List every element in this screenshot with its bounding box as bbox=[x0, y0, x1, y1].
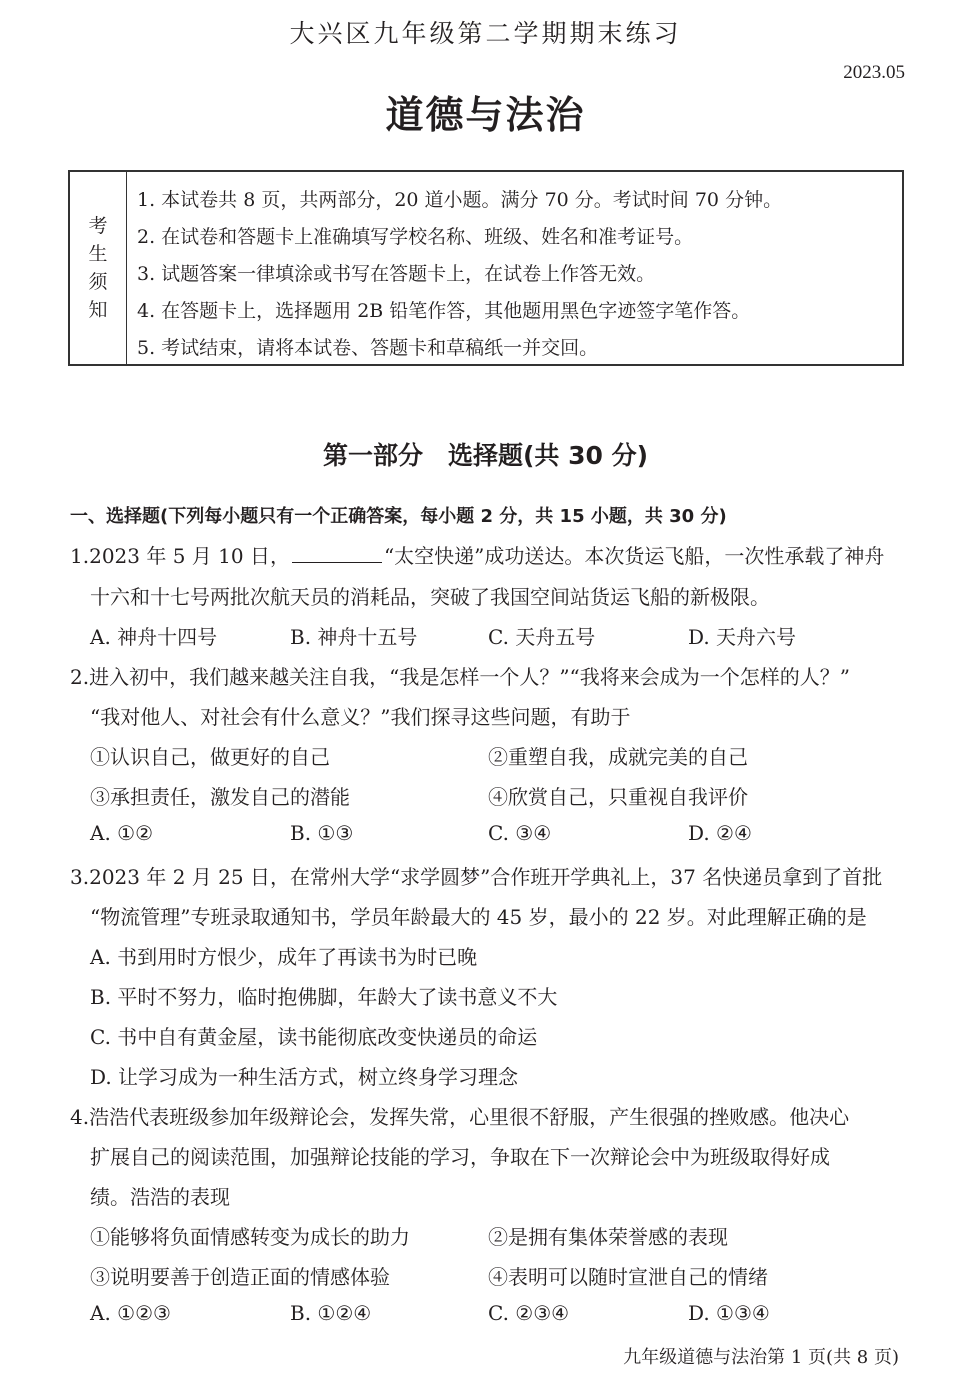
question-2-statement-2: ②重塑自我，成就完美的自己 bbox=[488, 741, 748, 770]
question-4-statement-1: ①能够将负面情感转变为成长的助力 bbox=[90, 1221, 410, 1250]
question-2-statement-3: ③承担责任，激发自己的潜能 bbox=[90, 781, 350, 810]
candidate-notice-box: 考 生 须 知 1. 本试卷共 8 页，共两部分，20 道小题。满分 70 分。… bbox=[68, 170, 904, 366]
notice-item: 4. 在答题卡上，选择题用 2B 铅笔作答，其他题用黑色字迹签字笔作答。 bbox=[137, 293, 902, 330]
subject-title: 道德与法治 bbox=[0, 84, 971, 139]
question-4-line-1: 4.浩浩代表班级参加年级辩论会，发挥失常，心里很不舒服，产生很强的挫败感。他决心 bbox=[70, 1101, 849, 1130]
question-2-line-1: 2.进入初中，我们越来越关注自我，“我是怎样一个人？”“我将来会成为一个怎样的人… bbox=[70, 661, 850, 690]
question-2-statement-4: ④欣赏自己，只重视自我评价 bbox=[488, 781, 748, 810]
notice-label-char: 生 bbox=[88, 240, 107, 268]
notice-label-char: 知 bbox=[88, 296, 107, 324]
question-4-option-c: C. ②③④ bbox=[488, 1301, 569, 1325]
notice-items: 1. 本试卷共 8 页，共两部分，20 道小题。满分 70 分。考试时间 70 … bbox=[127, 172, 902, 364]
question-1-option-b: B. 神舟十五号 bbox=[290, 621, 417, 650]
question-2-option-d: D. ②④ bbox=[688, 821, 752, 845]
question-number: 4. bbox=[70, 1105, 89, 1129]
question-4-statement-2: ②是拥有集体荣誉感的表现 bbox=[488, 1221, 728, 1250]
notice-label-char: 考 bbox=[88, 212, 107, 240]
notice-item: 2. 在试卷和答题卡上准确填写学校名称、班级、姓名和准考证号。 bbox=[137, 219, 902, 256]
question-2-option-b: B. ①③ bbox=[290, 821, 353, 845]
question-4-option-a: A. ①②③ bbox=[90, 1301, 171, 1325]
exam-title: 大兴区九年级第二学期期末练习 bbox=[0, 14, 971, 50]
part-title: 第一部分 选择题(共 30 分) bbox=[0, 436, 971, 472]
question-2-statement-1: ①认识自己，做更好的自己 bbox=[90, 741, 330, 770]
question-2-option-c: C. ③④ bbox=[488, 821, 551, 845]
notice-label-char: 须 bbox=[88, 268, 107, 296]
exam-date: 2023.05 bbox=[843, 62, 905, 84]
notice-item: 5. 考试结束，请将本试卷、答题卡和草稿纸一并交回。 bbox=[137, 330, 902, 367]
question-number: 3. bbox=[70, 865, 89, 889]
question-3-option-d: D. 让学习成为一种生活方式，树立终身学习理念 bbox=[90, 1061, 518, 1090]
question-3-line-1: 3.2023 年 2 月 25 日，在常州大学“求学圆梦”合作班开学典礼上，37… bbox=[70, 861, 882, 890]
question-1-line-2: 十六和十七号两批次航天员的消耗品，突破了我国空间站货运飞船的新极限。 bbox=[90, 581, 770, 610]
question-1-option-d: D. 天舟六号 bbox=[688, 621, 796, 650]
page-footer: 九年级道德与法治第 1 页(共 8 页) bbox=[623, 1343, 899, 1369]
question-number: 2. bbox=[70, 665, 89, 689]
question-2-option-a: A. ①② bbox=[90, 821, 153, 845]
question-4-statement-3: ③说明要善于创造正面的情感体验 bbox=[90, 1261, 390, 1290]
question-1-option-c: C. 天舟五号 bbox=[488, 621, 595, 650]
question-3-option-a: A. 书到用时方恨少，成年了再读书为时已晚 bbox=[90, 941, 477, 970]
question-4-line-2: 扩展自己的阅读范围，加强辩论技能的学习，争取在下一次辩论会中为班级取得好成 bbox=[90, 1141, 830, 1170]
question-1-option-a: A. 神舟十四号 bbox=[90, 621, 217, 650]
question-4-option-b: B. ①②④ bbox=[290, 1301, 371, 1325]
answer-blank bbox=[292, 544, 382, 563]
question-4-statement-4: ④表明可以随时宣泄自己的情绪 bbox=[488, 1261, 768, 1290]
notice-item: 1. 本试卷共 8 页，共两部分，20 道小题。满分 70 分。考试时间 70 … bbox=[137, 182, 902, 219]
question-3-line-2: “物流管理”专班录取通知书，学员年龄最大的 45 岁，最小的 22 岁。对此理解… bbox=[90, 901, 867, 930]
section-title: 一、选择题(下列每小题只有一个正确答案，每小题 2 分，共 15 小题，共 30… bbox=[70, 502, 727, 528]
question-4-line-3: 绩。浩浩的表现 bbox=[90, 1181, 230, 1210]
question-number: 1. bbox=[70, 544, 89, 568]
question-3-option-b: B. 平时不努力，临时抱佛脚，年龄大了读书意义不大 bbox=[90, 981, 557, 1010]
question-4-option-d: D. ①③④ bbox=[688, 1301, 770, 1325]
question-1-line-1: 1.2023 年 5 月 10 日，“太空快递”成功送达。本次货运飞船，一次性承… bbox=[70, 540, 884, 569]
question-3-option-c: C. 书中自有黄金屋，读书能彻底改变快递员的命运 bbox=[90, 1021, 537, 1050]
notice-label: 考 生 须 知 bbox=[70, 172, 127, 364]
question-2-line-2: “我对他人、对社会有什么意义？”我们探寻这些问题，有助于 bbox=[90, 701, 630, 730]
notice-item: 3. 试题答案一律填涂或书写在答题卡上，在试卷上作答无效。 bbox=[137, 256, 902, 293]
